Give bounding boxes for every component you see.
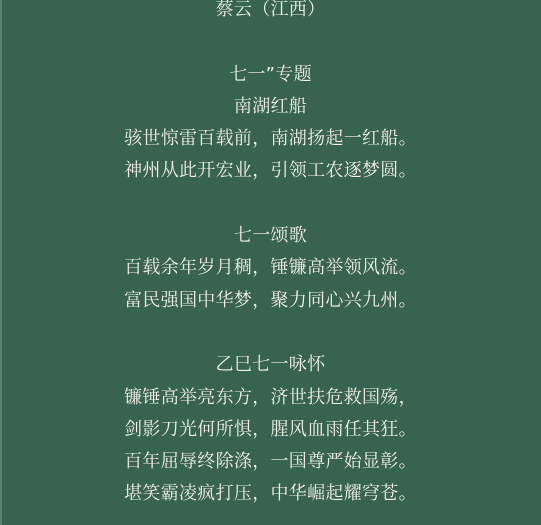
spacer bbox=[0, 26, 541, 58]
poem-line: 堪笑霸凌疯打压，中华崛起耀穹苍。 bbox=[0, 478, 541, 510]
spacer bbox=[0, 188, 541, 220]
poem-line: 骇世惊雷百载前，南湖扬起一红船。 bbox=[0, 123, 541, 155]
poem-title: 南湖红船 bbox=[0, 91, 541, 123]
poem-line: 神州从此开宏业，引领工农逐梦圆。 bbox=[0, 155, 541, 187]
poem-line: 剑影刀光何所惧，腥风血雨任其狂。 bbox=[0, 414, 541, 446]
poem-line: 镰锤高举亮东方，济世扶危救国殇， bbox=[0, 382, 541, 414]
author-line: 蔡云（江西） bbox=[0, 0, 541, 26]
poem-document: 蔡云（江西） 七一”专题 南湖红船 骇世惊雷百载前，南湖扬起一红船。 神州从此开… bbox=[0, 0, 541, 511]
poem-line: 百载余年岁月稠，锤镰高举领风流。 bbox=[0, 252, 541, 284]
poem-line: 富民强国中华梦，聚力同心兴九州。 bbox=[0, 285, 541, 317]
spacer bbox=[0, 317, 541, 349]
poem-line: 百年屈辱终除涤，一国尊严始显彰。 bbox=[0, 446, 541, 478]
section-heading: 七一”专题 bbox=[0, 59, 541, 91]
poem-title: 七一颂歌 bbox=[0, 220, 541, 252]
poem-title: 乙巳七一咏怀 bbox=[0, 349, 541, 381]
